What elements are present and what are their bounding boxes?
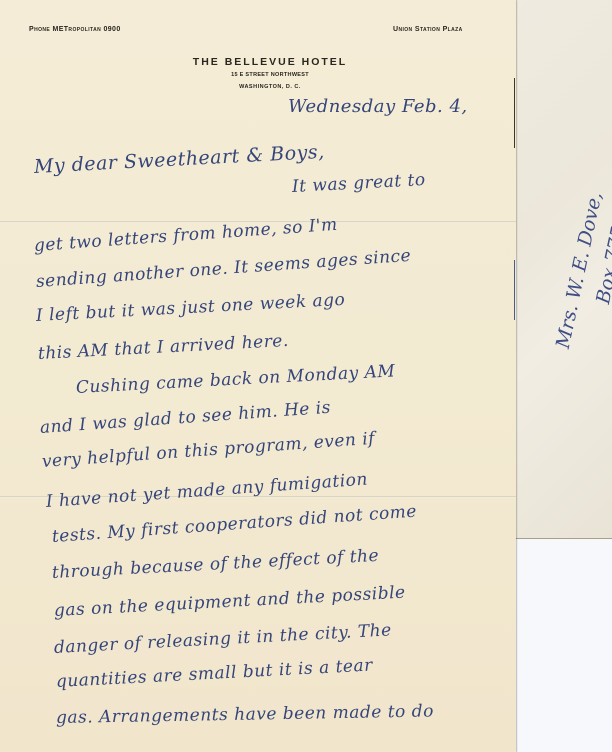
letterhead-phone: Phone METropolitan 0900 [29,26,121,33]
letter-line: sending another one. It seems ages since [35,246,411,292]
letter-line: quantities are small but it is a tear [55,655,373,692]
letterhead-location: Union Station Plaza [393,26,463,33]
letter-line: tests. My first cooperators did not come [51,502,417,547]
paper-edge-line [514,78,515,148]
letter-line: this AM that I arrived here. [37,331,289,364]
letter-page: Phone METropolitan 0900 Union Station Pl… [0,0,516,752]
letter-line: gas on the equipment and the possible [53,583,406,621]
letterhead-street: 15 E STREET NORTHWEST [180,72,360,78]
letter-line: Cushing came back on Monday AM [75,361,395,398]
letter-line: danger of releasing it in the city. The [53,620,392,658]
letter-line: very helpful on this program, even if [41,429,375,472]
letter-line: through because of the effect of the [51,546,379,583]
letter-line: It was great to [291,170,426,197]
letterhead-city: WASHINGTON, D. C. [180,84,360,90]
letterhead-hotel-name: THE BELLEVUE HOTEL [180,56,360,68]
letter-line: gas. Arrangements have been made to do [56,701,434,728]
letter-salutation: My dear Sweetheart & Boys, [33,141,325,178]
letter-line: I left but it was just one week ago [35,290,345,326]
paper-edge-line [514,260,515,320]
letter-date: Wednesday Feb. 4, [288,96,468,117]
letter-line: and I was glad to see him. He is [39,398,331,438]
letter-line: I have not yet made any fumigation [45,470,368,512]
